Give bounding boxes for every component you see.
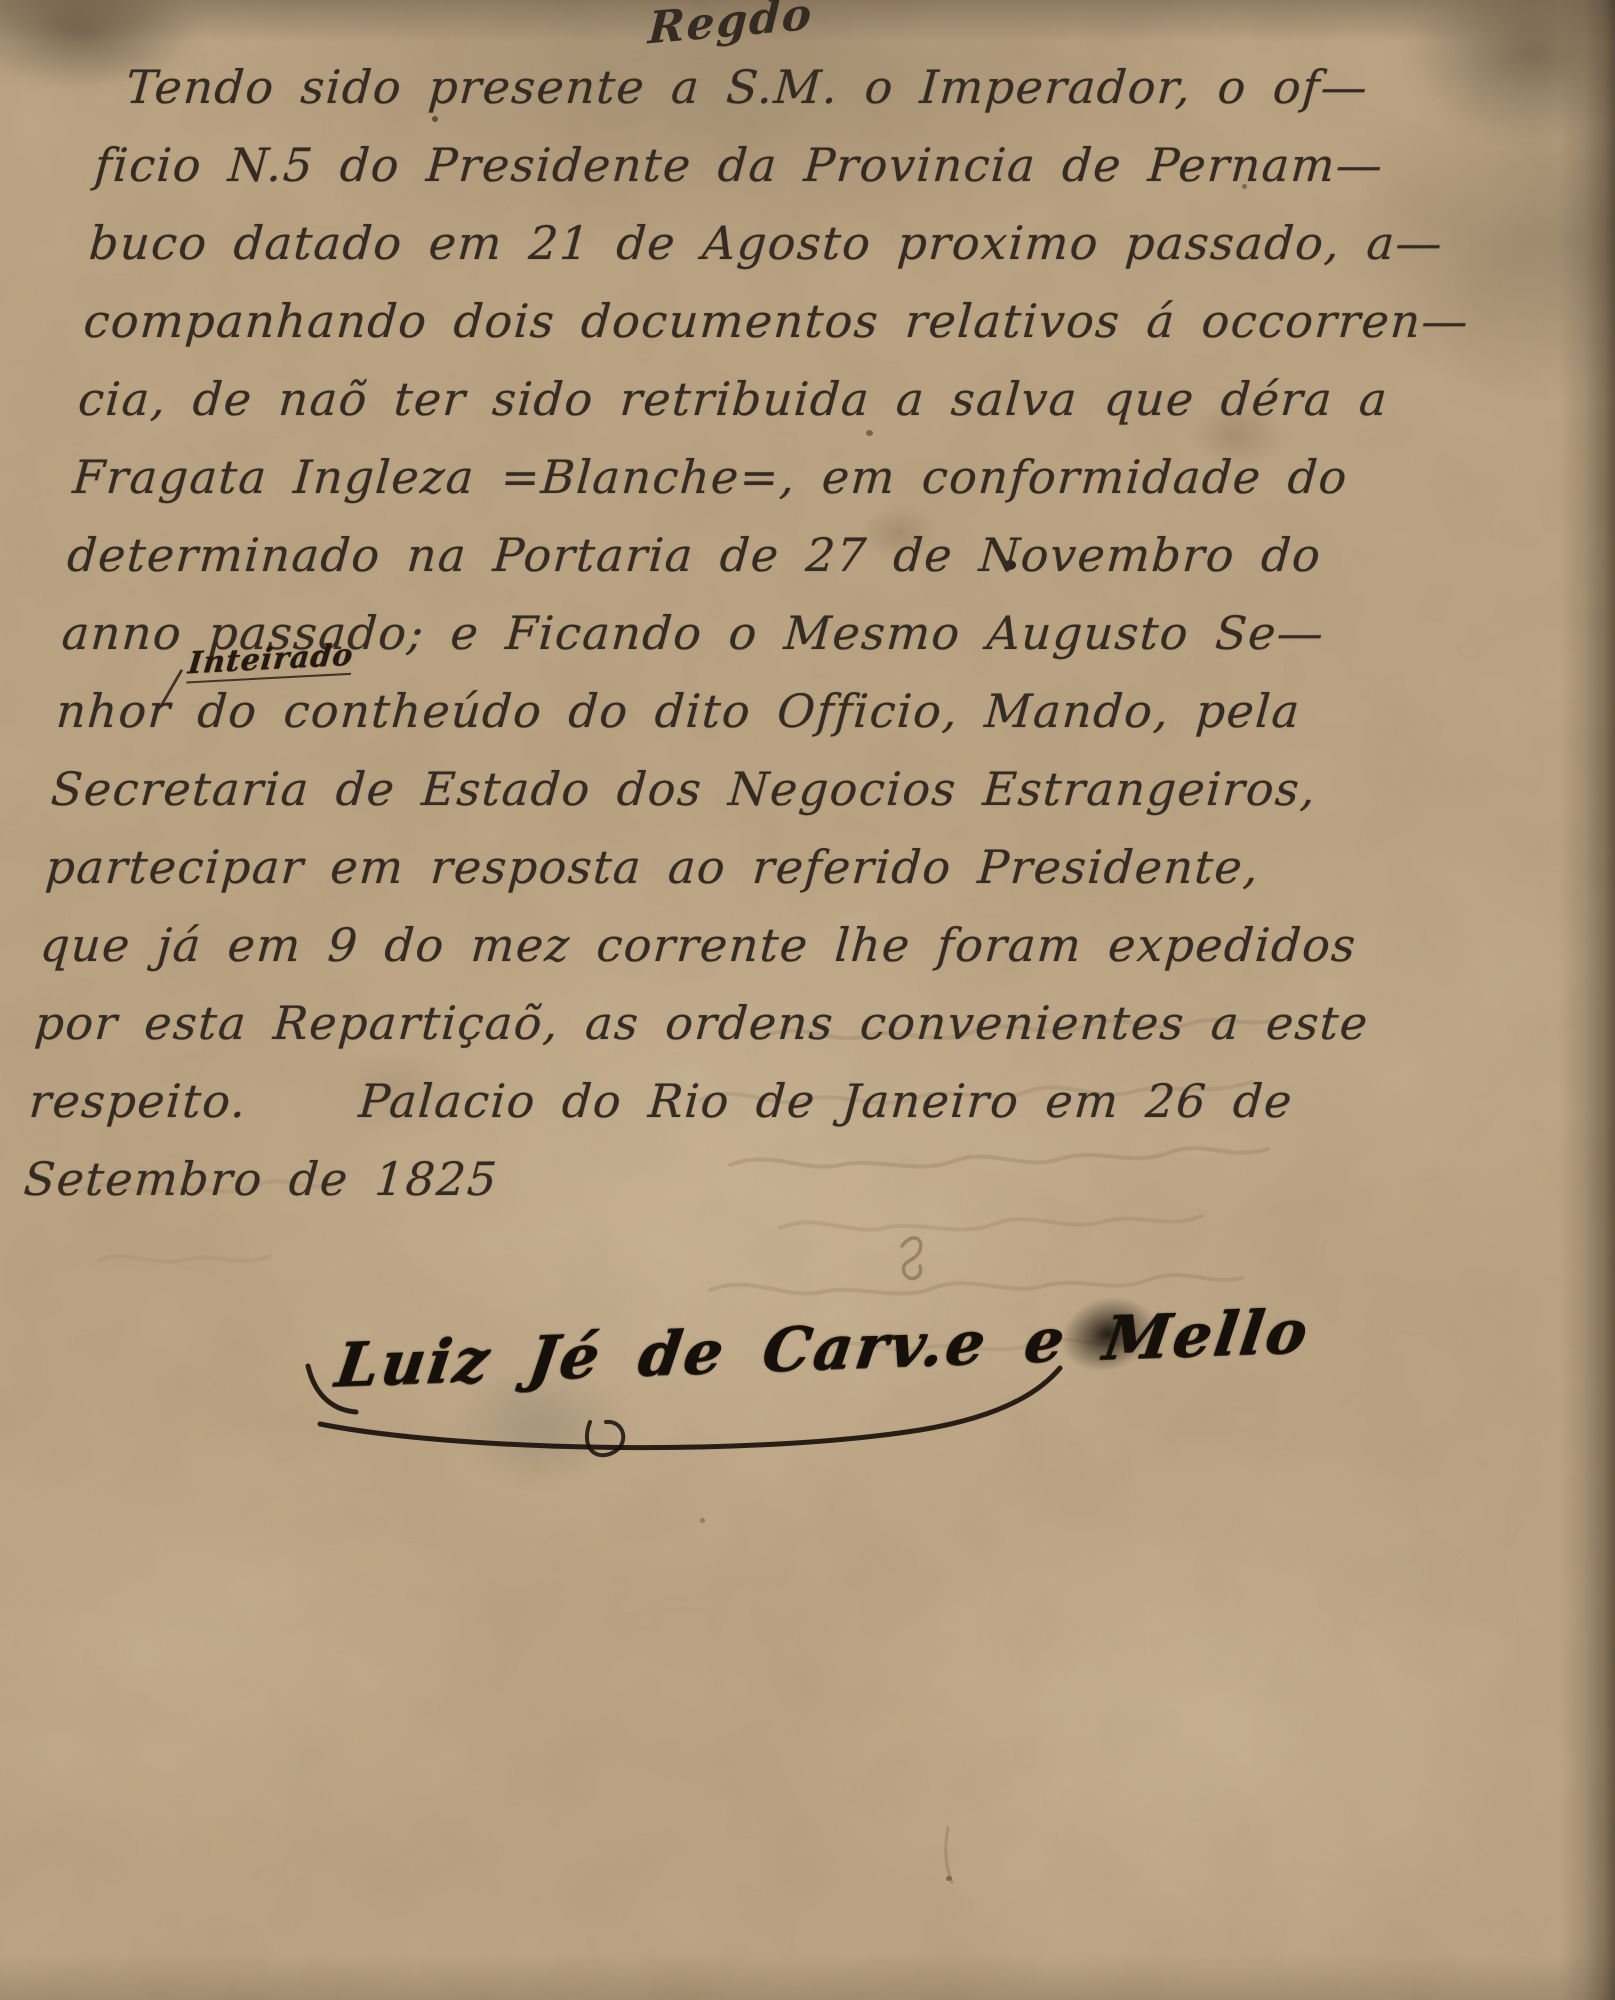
manuscript-text: Setembro de 1825 bbox=[22, 1152, 500, 1206]
manuscript-line: companhando dois documentos relativos á … bbox=[81, 282, 1301, 360]
manuscript-line: Tendo sido presente a S.M. o Imperador, … bbox=[97, 48, 1317, 126]
manuscript-line: buco datado em 21 de Agosto proximo pass… bbox=[87, 204, 1307, 282]
manuscript-line: Setembro de 1825 bbox=[21, 1140, 1241, 1218]
page-edge-shadow-right bbox=[1559, 0, 1615, 2000]
manuscript-text: nhor do contheúdo do dito Officio, Mando… bbox=[55, 684, 1303, 738]
manuscript-line: que já em 9 do mez corrente lhe foram ex… bbox=[37, 906, 1257, 984]
manuscript-line: ficio N.5 do Presidente da Provincia de … bbox=[92, 126, 1312, 204]
signature-block: Luiz Jé de Carv.e e Mello bbox=[290, 1296, 1210, 1466]
manuscript-text: partecipar em resposta ao referido Presi… bbox=[44, 840, 1262, 894]
manuscript-line: nhor do contheúdo do dito Officio, Mando… bbox=[54, 672, 1274, 750]
manuscript-text: companhando dois documentos relativos á … bbox=[82, 294, 1471, 348]
manuscript-text: ficio N.5 do Presidente da Provincia de … bbox=[93, 138, 1386, 192]
manuscript-line: Secretaria de Estado dos Negocios Estran… bbox=[48, 750, 1268, 828]
manuscript-text: buco datado em 21 de Agosto proximo pass… bbox=[87, 216, 1445, 270]
manuscript-line: partecipar em resposta ao referido Presi… bbox=[43, 828, 1263, 906]
bleed-through-writing bbox=[860, 1810, 1080, 1950]
manuscript-line: cia, de naõ ter sido retribuida a salva … bbox=[76, 360, 1296, 438]
manuscript-line: Fragata Ingleza =Blanche=, em conformida… bbox=[70, 438, 1290, 516]
manuscript-text: respeito. bbox=[27, 1074, 248, 1128]
manuscript-text: Tendo sido presente a S.M. o Imperador, … bbox=[124, 60, 1370, 114]
ink-speck bbox=[946, 1876, 952, 1881]
manuscript-text: determinado na Portaria de 27 de Novembr… bbox=[66, 528, 1324, 582]
manuscript-text: Palacio do Rio de Janeiro em 26 de bbox=[357, 1074, 1295, 1128]
manuscript-page: Regdo Tendo sido presente a S.M. o Imper… bbox=[0, 0, 1615, 2000]
inserted-word-text: Inteirado bbox=[186, 638, 355, 682]
manuscript-line: por esta Repartiçaõ, as ordens convenien… bbox=[32, 984, 1252, 1062]
manuscript-line: respeito.Palacio do Rio de Janeiro em 26… bbox=[27, 1062, 1247, 1140]
manuscript-text: cia, de naõ ter sido retribuida a salva … bbox=[76, 372, 1390, 426]
manuscript-text: por esta Repartiçaõ, as ordens convenien… bbox=[33, 996, 1371, 1050]
signature-flourish bbox=[290, 1296, 1210, 1466]
manuscript-text: que já em 9 do mez corrente lhe foram ex… bbox=[38, 918, 1358, 972]
manuscript-line: determinado na Portaria de 27 de Novembr… bbox=[65, 516, 1285, 594]
manuscript-lines: Tendo sido presente a S.M. o Imperador, … bbox=[21, 48, 1318, 1218]
ink-speck bbox=[700, 1518, 705, 1523]
manuscript-text: Secretaria de Estado dos Negocios Estran… bbox=[49, 762, 1318, 816]
manuscript-text: Fragata Ingleza =Blanche=, em conformida… bbox=[71, 450, 1350, 504]
registration-mark: Regdo bbox=[647, 0, 815, 54]
